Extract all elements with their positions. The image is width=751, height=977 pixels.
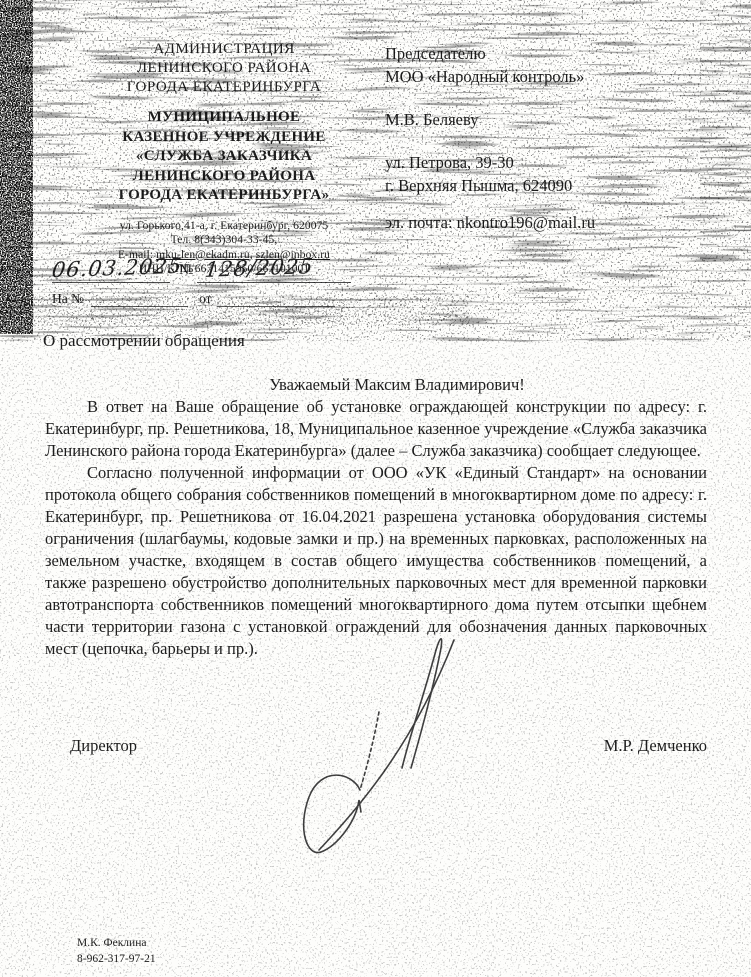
institution-line: КАЗЕННОЕ УЧРЕЖДЕНИЕ — [58, 128, 390, 148]
scanned-letter-page: АДМИНИСТРАЦИЯ ЛЕНИНСКОГО РАЙОНА ГОРОДА Е… — [0, 0, 751, 977]
org-name-line: АДМИНИСТРАЦИЯ — [58, 40, 390, 59]
addressee-city: г. Верхняя Пышма, 624090 — [385, 174, 725, 197]
reg-number-field: 128/2025 — [197, 256, 351, 283]
in-reply-label: На № — [52, 291, 84, 307]
letterhead-phone: Тел. 8(343)304-33-45, — [58, 233, 390, 248]
letterhead: АДМИНИСТРАЦИЯ ЛЕНИНСКОГО РАЙОНА ГОРОДА Е… — [58, 40, 390, 277]
executor-name: М.К. Феклина — [77, 936, 156, 952]
signer-name: М.Р. Демченко — [604, 736, 707, 756]
institution-line: МУНИЦИПАЛЬНОЕ — [58, 108, 390, 128]
addressee-position: Председателю — [385, 42, 725, 65]
org-name-line: ГОРОДА ЕКАТЕРИНБУРГА — [58, 78, 390, 97]
salutation: Уважаемый Максим Владимирович! — [45, 374, 707, 396]
institution-line: «СЛУЖБА ЗАКАЗЧИКА — [58, 147, 390, 167]
registration-block: 06.03.2025 № 128/2025 На № от — [52, 256, 387, 307]
signer-title: Директор — [70, 736, 137, 756]
institution-line: ГОРОДА ЕКАТЕРИНБУРГА» — [58, 186, 390, 206]
reply-number-blank-field — [91, 291, 188, 307]
letter-body: Уважаемый Максим Владимирович! В ответ н… — [45, 374, 707, 660]
addressee-name: М.В. Беляеву — [385, 108, 725, 131]
executor-footer: М.К. Феклина 8-962-317-97-21 — [77, 936, 156, 967]
body-paragraph: В ответ на Ваше обращение об установке о… — [45, 396, 707, 462]
reg-date-field: 06.03.2025 — [52, 256, 170, 283]
addressee-street: ул. Петрова, 39-30 — [385, 151, 725, 174]
institution-line: ЛЕНИНСКОГО РАЙОНА — [58, 167, 390, 187]
executor-phone: 8-962-317-97-21 — [77, 952, 156, 968]
reply-reference-row: На № от — [52, 291, 387, 307]
from-label: от — [199, 291, 211, 307]
handwritten-date: 06.03.2025 — [51, 254, 184, 283]
institution-name: МУНИЦИПАЛЬНОЕ КАЗЕННОЕ УЧРЕЖДЕНИЕ «СЛУЖБ… — [58, 108, 390, 206]
letterhead-address: ул. Горького,41-а, г. Екатеринбург, 6200… — [58, 219, 390, 234]
letter-subject: О рассмотрении обращения — [43, 331, 245, 351]
addressee-organization: МОО «Народный контроль» — [385, 65, 725, 88]
org-name-line: ЛЕНИНСКОГО РАЙОНА — [58, 59, 390, 78]
handwritten-number: 128/2025 — [204, 254, 316, 282]
addressee-email: эл. почта: nkontro196@mail.ru — [385, 211, 725, 234]
registration-row: 06.03.2025 № 128/2025 — [52, 256, 387, 283]
body-paragraph: Согласно полученной информации от ООО «У… — [45, 462, 707, 660]
signing-row: Директор М.Р. Демченко — [70, 736, 707, 756]
reply-date-blank-field — [217, 291, 335, 307]
addressee-block: Председателю МОО «Народный контроль» М.В… — [385, 42, 725, 234]
